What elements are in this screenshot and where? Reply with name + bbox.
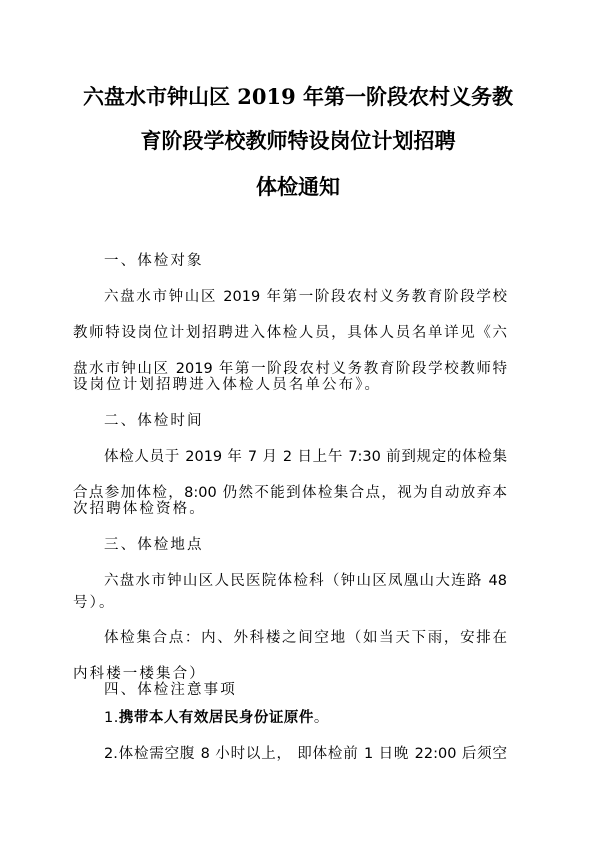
paragraph-line: 次招聘体检资格。 [73,499,507,519]
item-number: 1. [104,710,119,726]
item-end: 。 [314,710,331,726]
paragraph-line: 号）。 [73,593,507,613]
section-heading-1: 一、体检对象 [104,251,507,271]
document-title-line-3: 体检通知 [0,174,596,200]
paragraph-line: 教师特设岗位计划招聘进入体检人员，具体人员名单详见《六 [73,323,507,343]
section-heading-4: 四、体检注意事项 [104,680,507,700]
section-heading-3: 三、体检地点 [104,535,507,555]
paragraph-line: 体检集合点：内、外科楼之间空地（如当天下雨，安排在 [104,628,507,648]
item-number: 2. [104,746,118,762]
item-text: 体检需空腹 8 小时以上， 即体检前 1 日晚 22:00 后须空 [118,746,507,762]
paragraph-line: 六盘水市钟山区 2019 年第一阶段农村义务教育阶段学校 [104,287,507,307]
document-title-line-2: 育阶段学校教师特设岗位计划招聘 [0,128,596,154]
section-heading-2: 二、体检时间 [104,411,507,431]
document-title-line-1: 六盘水市钟山区 2019 年第一阶段农村义务教 [0,84,596,110]
notice-item-2: 2.体检需空腹 8 小时以上， 即体检前 1 日晚 22:00 后须空 [104,744,507,764]
item-text-bold: 携带本人有效居民身份证原件 [119,710,314,726]
paragraph-line: 六盘水市钟山区人民医院体检科（钟山区凤凰山大连路 48 [104,571,507,591]
notice-item-1: 1.携带本人有效居民身份证原件。 [104,708,507,728]
paragraph-line: 设岗位计划招聘进入体检人员名单公布》。 [73,375,507,395]
paragraph-line: 体检人员于 2019 年 7 月 2 日上午 7:30 前到规定的体检集 [104,447,507,467]
